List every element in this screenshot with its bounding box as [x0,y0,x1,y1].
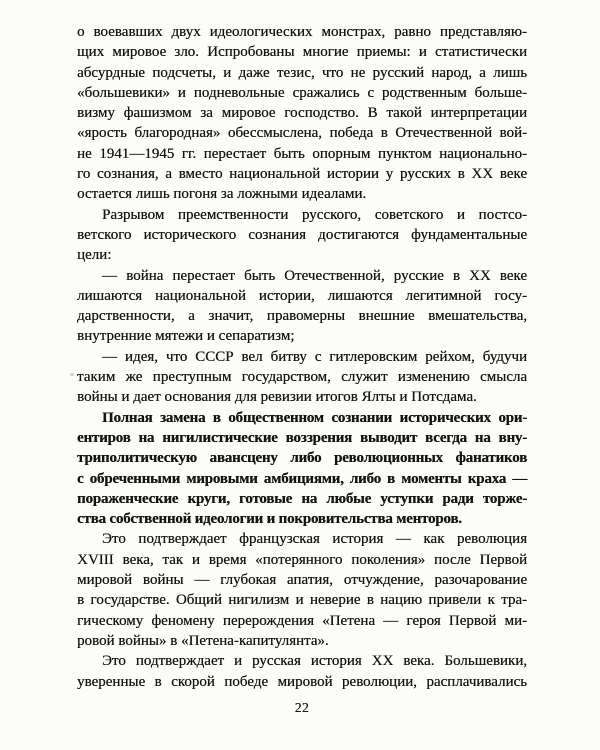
text-line: уверенные в скорой победе мировой револю… [77,672,527,692]
text-line: визму фашизмом за мировое господство. В … [77,103,527,123]
text-line: го сознания, а вместо национальной истор… [77,164,527,184]
text-line: дарственности, а значит, правомерны внеш… [77,306,527,326]
text-line: «ярость благородная» обессмыслена, побед… [77,123,527,143]
text-line: — война перестает быть Отечественной, ру… [77,266,527,286]
text-line: ровой войны» в «Петена-капитулянта». [77,631,527,651]
text-line: Это подтверждает французская история — к… [77,529,527,549]
text-line: таким же преступным государством, служит… [77,367,527,387]
text-line: «большевики» и подневольные сражались с … [77,83,527,103]
text-line: в государстве. Общий нигилизм и неверие … [77,590,527,610]
paragraph: Полная замена в общественном сознании ис… [77,408,527,530]
text-line: Полная замена в общественном сознании ис… [77,408,527,428]
text-line: гическому феномену перерождения «Петена … [77,611,527,631]
book-page: о воевавших двух идеологических монстрах… [0,0,600,750]
text-line: не 1941—1945 гг. перестает быть опорным … [77,144,527,164]
text-line: XVIII века, так и время «потерянного пок… [77,550,527,570]
paragraph: Разрывом преемственности русского, совет… [77,205,527,266]
text-line: войны и дает основания для ревизии итого… [77,387,527,407]
text-line: ветского исторического сознания достигаю… [77,225,527,245]
text-line: ства собственной идеологии и покровитель… [77,509,527,529]
paragraph: Это подтверждает и русская история XX ве… [77,651,527,692]
text-line: с обреченными мировыми амбициями, либо в… [77,469,527,489]
text-line: внутренние мятежи и сепаратизм; [77,326,527,346]
text-line: о воевавших двух идеологических монстрах… [77,22,527,42]
text-line: триполитическую авансцену либо революцио… [77,448,527,468]
text-line: пораженческие круги, готовые на любые ус… [77,489,527,509]
text-line: щих мировое зло. Испробованы многие прие… [77,42,527,62]
text-line: абсурдные подсчеты, и даже тезис, что не… [77,63,527,83]
text-column: о воевавших двух идеологических монстрах… [77,22,527,692]
text-line: Разрывом преемственности русского, совет… [77,205,527,225]
text-line: лишаются национальной истории, лишаются … [77,286,527,306]
text-line: — идея, что СССР вел битву с гитлеровски… [77,347,527,367]
paragraph: Это подтверждает французская история — к… [77,529,527,651]
page-number: 22 [77,700,527,716]
scan-artifact [70,373,74,376]
text-line: остается лишь погоня за ложными идеалами… [77,184,527,204]
paragraph: — война перестает быть Отечественной, ру… [77,266,527,347]
paragraph: — идея, что СССР вел битву с гитлеровски… [77,347,527,408]
text-line: цели: [77,245,527,265]
text-line: ентиров на нигилистические воззрения выв… [77,428,527,448]
text-line: мировой войны — глубокая апатия, отчужде… [77,570,527,590]
text-line: Это подтверждает и русская история XX ве… [77,651,527,671]
paragraph: о воевавших двух идеологических монстрах… [77,22,527,205]
